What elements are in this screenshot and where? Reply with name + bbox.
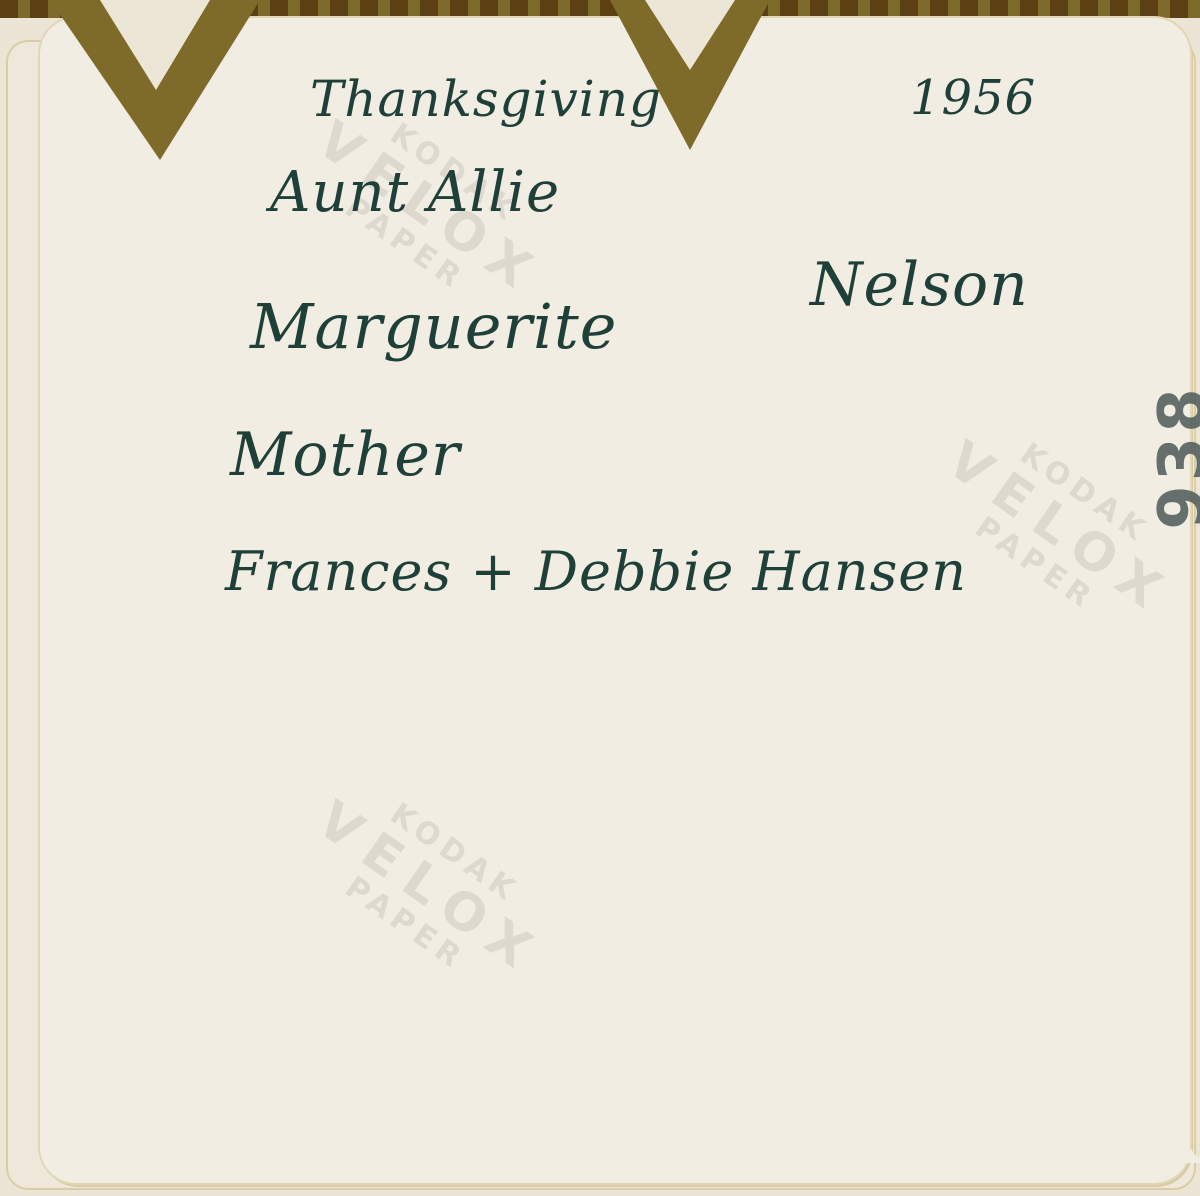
processing-stamp-number: 938 bbox=[1146, 384, 1200, 530]
inscription-name-frances-debbie: Frances + Debbie Hansen bbox=[225, 540, 967, 603]
inscription-name-aunt-allie: Aunt Allie bbox=[270, 160, 560, 225]
inscription-name-marguerite: Marguerite bbox=[250, 290, 617, 363]
inscription-year: 1956 bbox=[910, 70, 1036, 126]
deckled-edge bbox=[110, 1149, 1200, 1163]
inscription-title: Thanksgiving bbox=[310, 70, 662, 128]
inscription-name-mother: Mother bbox=[230, 420, 461, 490]
inscription-name-nelson: Nelson bbox=[810, 250, 1029, 320]
